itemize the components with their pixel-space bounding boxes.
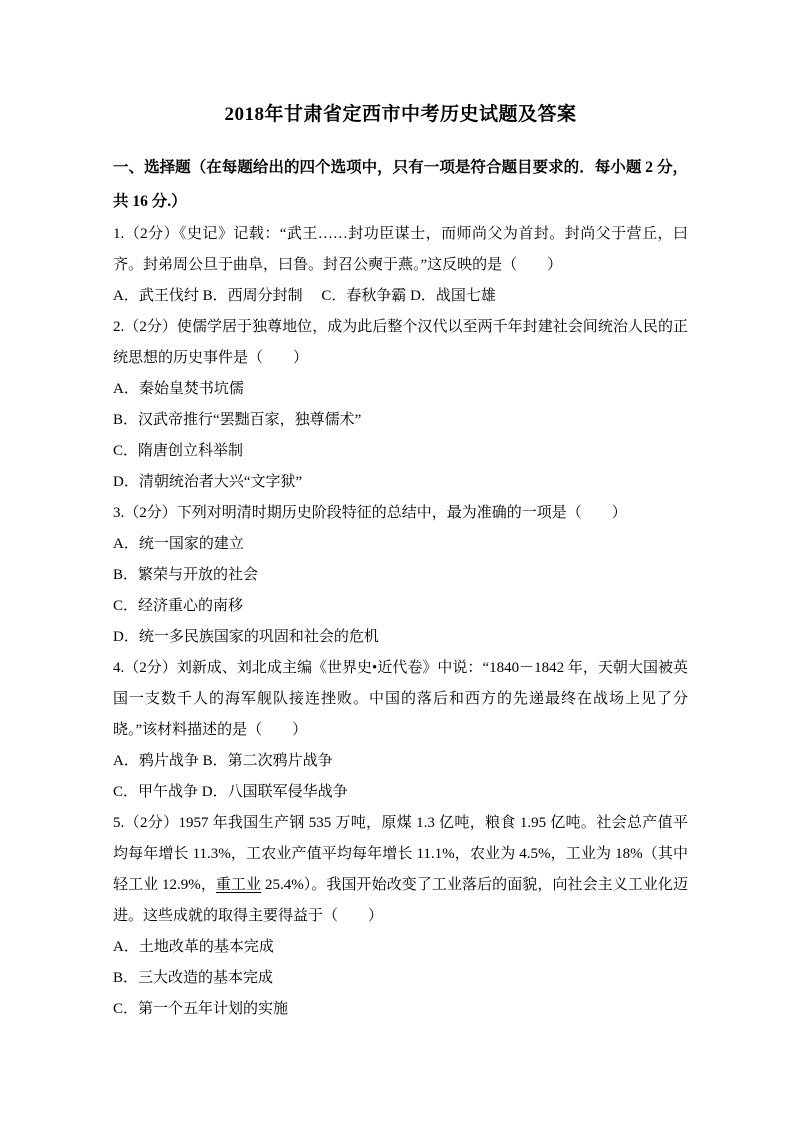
question-2: 2.（2分）使儒学居于独尊地位，成为此后整个汉代以至两千年封建社会间统治人民的正…: [113, 312, 688, 498]
question-3-option-a: A．统一国家的建立: [113, 529, 688, 560]
question-4-options-row-cd: C．甲午战争 D．八国联军侵华战争: [113, 777, 688, 808]
question-4-stem: 4.（2分）刘新成、刘北成主编《世界史•近代卷》中说：“1840－1842 年，…: [113, 653, 688, 746]
question-2-option-b: B．汉武帝推行“罢黜百家，独尊儒术”: [113, 405, 688, 436]
question-3-option-c: C．经济重心的南移: [113, 591, 688, 622]
question-2-option-d: D．清朝统治者大兴“文字狱”: [113, 467, 688, 498]
question-3-option-d: D．统一多民族国家的巩固和社会的危机: [113, 622, 688, 653]
question-3-option-b: B．繁荣与开放的社会: [113, 560, 688, 591]
document-page: 2018年甘肃省定西市中考历史试题及答案 一、选择题（在每题给出的四个选项中，只…: [0, 0, 794, 1123]
page-title: 2018年甘肃省定西市中考历史试题及答案: [113, 103, 688, 127]
question-2-option-c: C．隋唐创立科举制: [113, 436, 688, 467]
question-4-options-row-ab: A．鸦片战争 B．第二次鸦片战争: [113, 746, 688, 777]
question-1: 1.（2分）《史记》记载：“武王……封功臣谋士，而师尚父为首封。封尚父于营丘，曰…: [113, 219, 688, 312]
question-1-options-row: A．武王伐纣 B．西周分封制 C．春秋争霸 D．战国七雄: [113, 281, 688, 312]
question-3: 3.（2分）下列对明清时期历史阶段特征的总结中，最为准确的一项是（ ） A．统一…: [113, 498, 688, 653]
question-5-underlined-text: 重工业: [216, 877, 261, 893]
question-5-option-b: B．三大改造的基本完成: [113, 963, 688, 994]
question-5: 5.（2分）1957 年我国生产钢 535 万吨，原煤 1.3 亿吨，粮食 1.…: [113, 808, 688, 1025]
question-1-stem: 1.（2分）《史记》记载：“武王……封功臣谋士，而师尚父为首封。封尚父于营丘，曰…: [113, 219, 688, 281]
question-2-option-a: A．秦始皇焚书坑儒: [113, 374, 688, 405]
section-heading: 一、选择题（在每题给出的四个选项中，只有一项是符合题目要求的．每小题 2 分，共…: [113, 151, 688, 219]
question-5-option-a: A．土地改革的基本完成: [113, 932, 688, 963]
question-3-stem: 3.（2分）下列对明清时期历史阶段特征的总结中，最为准确的一项是（ ）: [113, 498, 688, 529]
question-5-option-c: C．第一个五年计划的实施: [113, 994, 688, 1025]
question-5-stem: 5.（2分）1957 年我国生产钢 535 万吨，原煤 1.3 亿吨，粮食 1.…: [113, 808, 688, 932]
question-2-stem: 2.（2分）使儒学居于独尊地位，成为此后整个汉代以至两千年封建社会间统治人民的正…: [113, 312, 688, 374]
question-4: 4.（2分）刘新成、刘北成主编《世界史•近代卷》中说：“1840－1842 年，…: [113, 653, 688, 808]
